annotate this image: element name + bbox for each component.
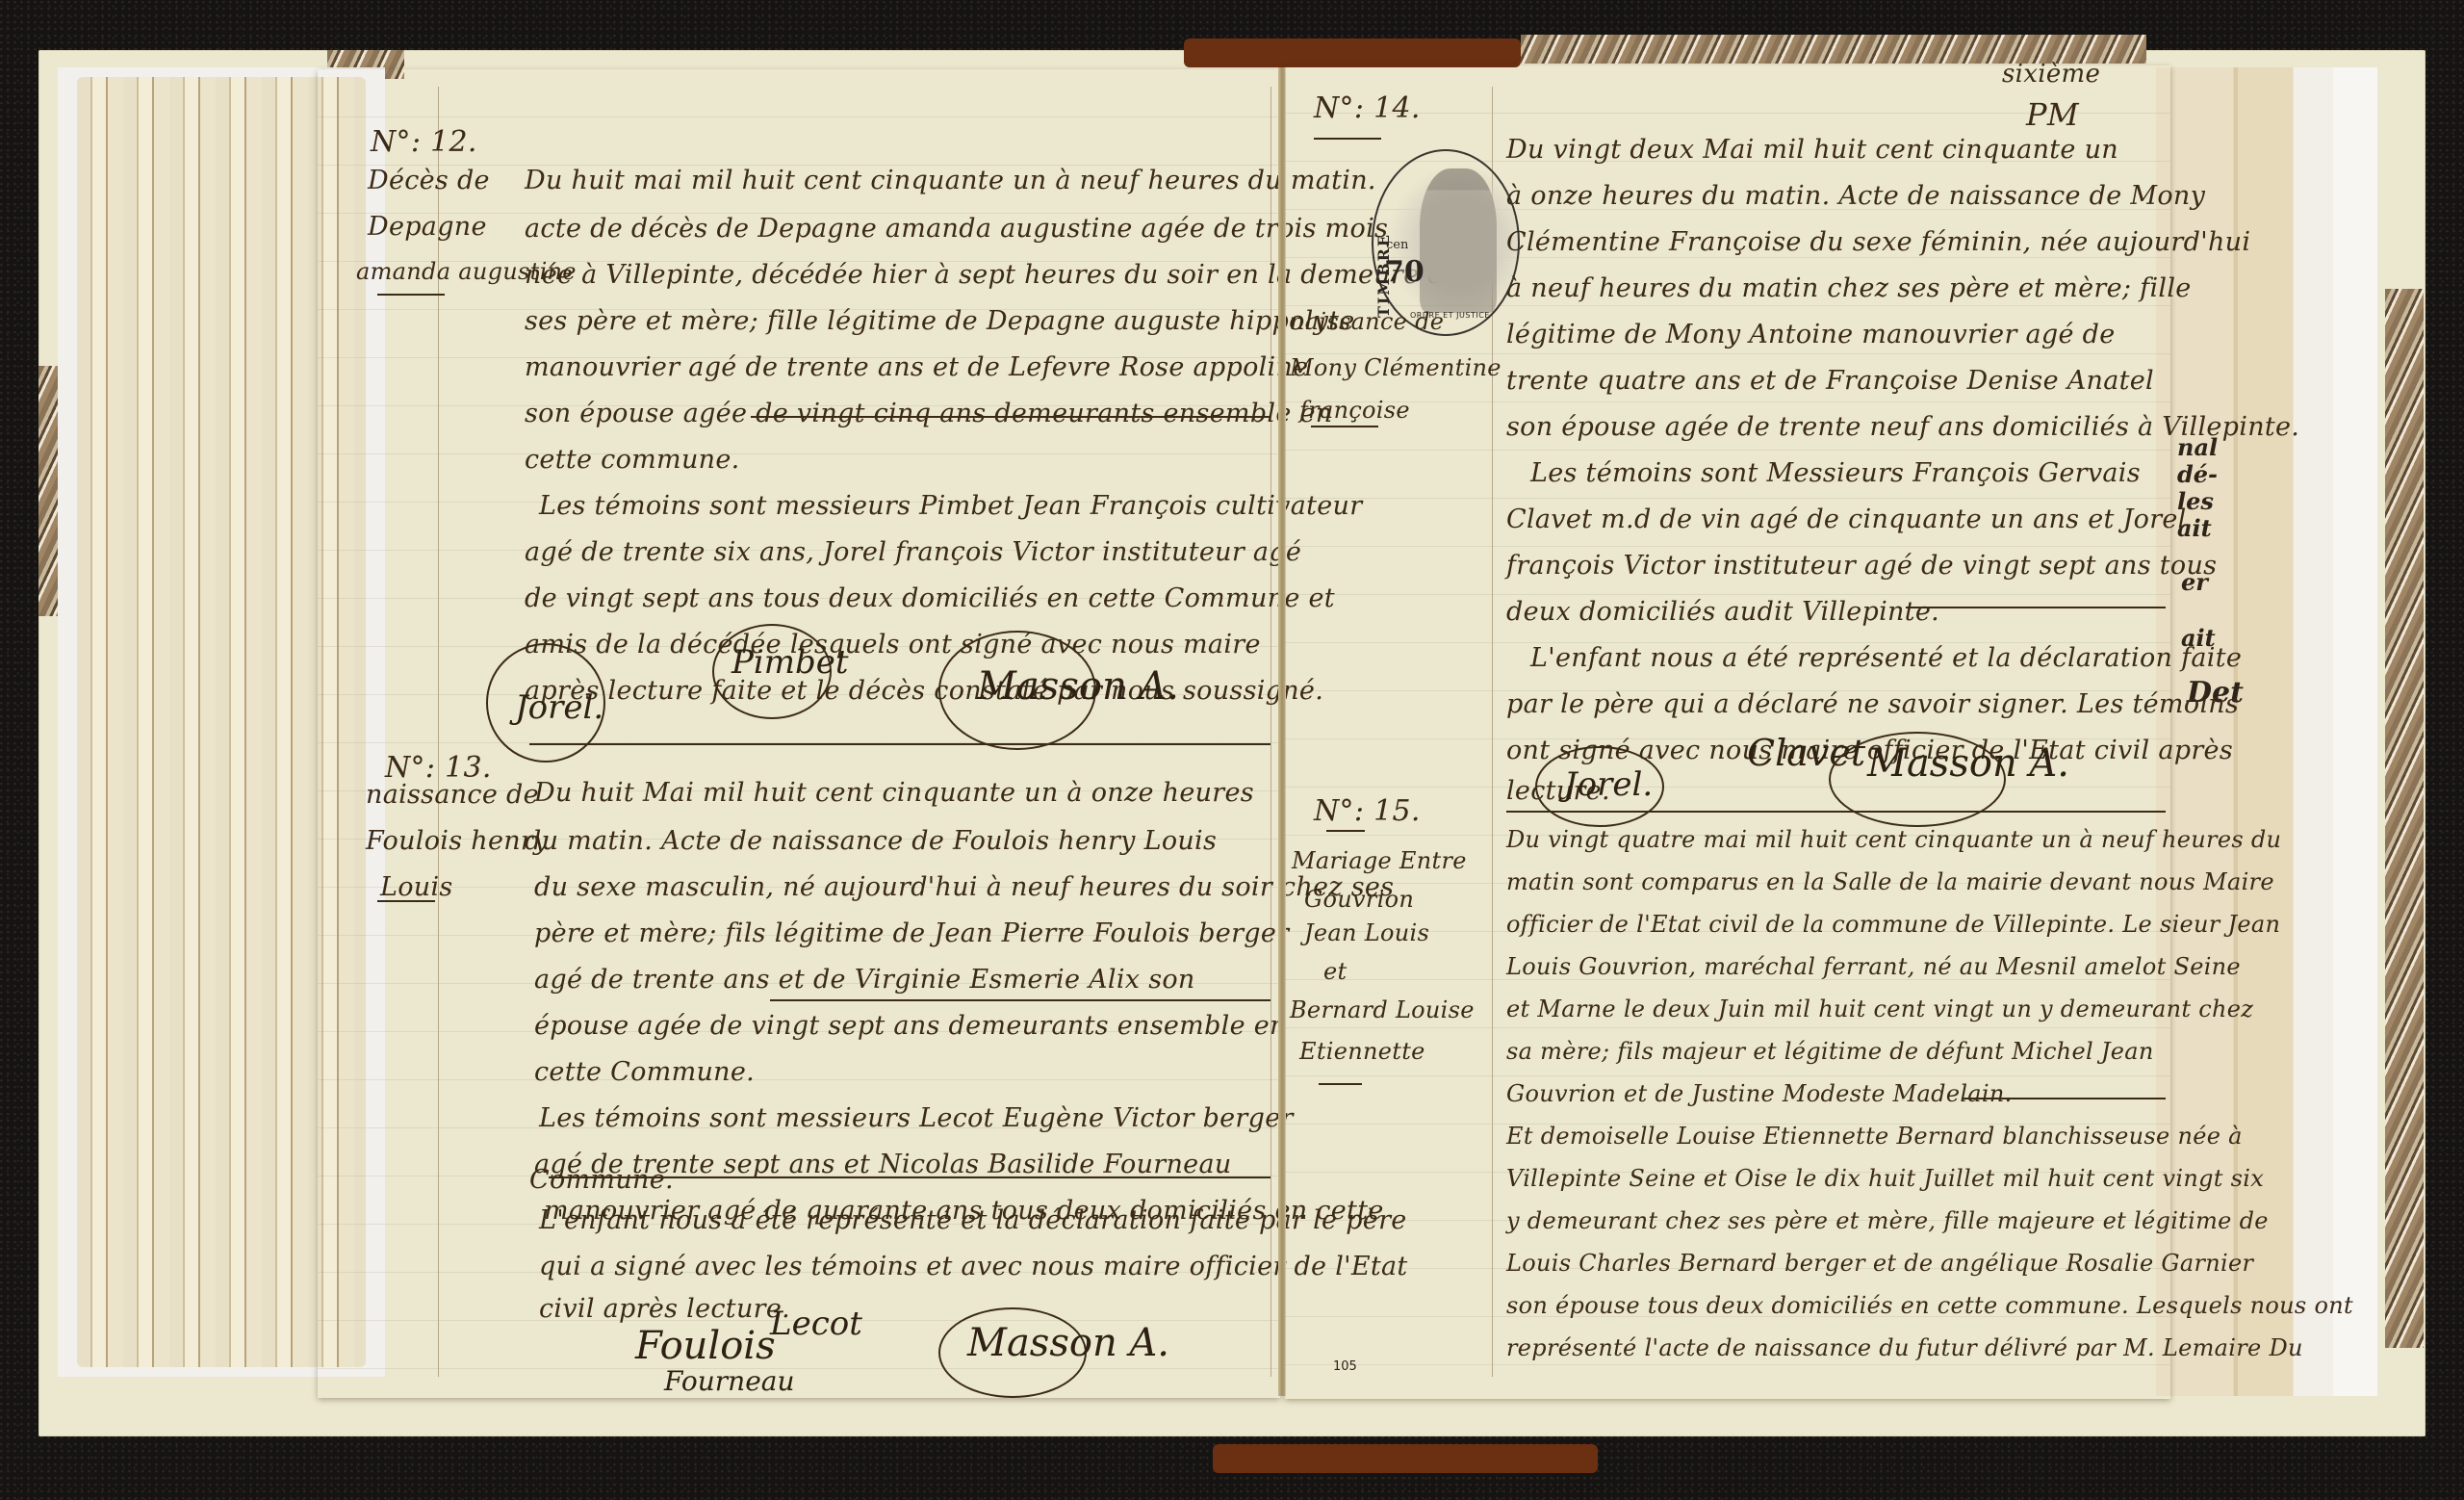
entry-line: Du vingt quatre mai mil huit cent cinqua… bbox=[1506, 826, 2281, 853]
entry-line: trente quatre ans et de Françoise Denise… bbox=[1506, 366, 2154, 396]
margin-note: Bernard Louise bbox=[1290, 996, 1475, 1023]
page-stack-right bbox=[2156, 67, 2377, 1396]
stamp-value: 70 bbox=[1384, 255, 1424, 289]
witness-line: deux domiciliés audit Villepinte. bbox=[1506, 597, 1939, 627]
margin-note: Foulois henry bbox=[366, 826, 549, 856]
entry-line: et Marne le deux Juin mil huit cent ving… bbox=[1506, 996, 2253, 1022]
entry-line: son épouse agée de trente neuf ans domic… bbox=[1506, 412, 2299, 442]
witness-line: Clavet m.d de vin agé de cinquante un an… bbox=[1506, 504, 2187, 534]
entry-line: Louis Gouvrion, maréchal ferrant, né au … bbox=[1506, 953, 2241, 980]
entry-line: à onze heures du matin. Acte de naissanc… bbox=[1506, 181, 2205, 211]
entry-divider bbox=[770, 999, 1270, 1001]
entry-line: officier de l'Etat civil de la commune d… bbox=[1506, 911, 2280, 938]
closing-line: par le père qui a déclaré ne savoir sign… bbox=[1506, 689, 2239, 719]
witness-line: après lecture faite et le décès constaté… bbox=[525, 676, 1323, 706]
entry-number: N°: 15. bbox=[1314, 794, 1421, 828]
second-party-line: Villepinte Seine et Oise le dix huit Jui… bbox=[1506, 1165, 2264, 1192]
second-party-line: représenté l'acte de naissance du futur … bbox=[1506, 1334, 2303, 1361]
margin-divider bbox=[1326, 830, 1365, 832]
signature: Lecot bbox=[770, 1305, 862, 1343]
entry-line: sa mère; fils majeur et légitime de défu… bbox=[1506, 1038, 2154, 1065]
witness-line: Les témoins sont messieurs Lecot Eugène … bbox=[539, 1103, 1294, 1133]
margin-divider bbox=[1314, 138, 1381, 140]
margin-note: Mariage Entre bbox=[1292, 847, 1467, 874]
entry-line: légitime de Mony Antoine manouvrier agé … bbox=[1506, 320, 2116, 349]
witness-line: Les témoins sont messieurs Pimbet Jean F… bbox=[539, 491, 1362, 521]
entry-line: cette Commune. bbox=[534, 1057, 755, 1087]
entry-line: du matin. Acte de naissance de Foulois h… bbox=[525, 826, 1217, 856]
closing-line: civil après lecture. bbox=[539, 1294, 790, 1324]
entry-line: Du huit mai mil huit cent cinquante un à… bbox=[525, 166, 1376, 195]
folio-initials: PM bbox=[2026, 96, 2079, 133]
entry-line: épouse agée de vingt sept ans demeurants… bbox=[534, 1011, 1287, 1041]
signature: Jorel. bbox=[515, 688, 603, 727]
signature: Masson A. bbox=[977, 664, 1179, 709]
entry-line: ses père et mère; fille légitime de Depa… bbox=[525, 306, 1355, 336]
second-party-line: son épouse tous deux domiciliés en cette… bbox=[1506, 1292, 2353, 1319]
book-spine-bottom bbox=[1213, 1444, 1598, 1473]
margin-note: et bbox=[1323, 958, 1347, 985]
page-number: 105 bbox=[1333, 1359, 1357, 1374]
signature: Pimbet bbox=[731, 643, 849, 682]
entry-divider bbox=[1963, 1098, 2166, 1099]
signature: Masson A. bbox=[1867, 741, 2069, 786]
margin-note: naissance de bbox=[1290, 308, 1444, 335]
entry-line: du sexe masculin, né aujourd'hui à neuf … bbox=[534, 872, 1394, 902]
entry-line: son épouse agée de vingt cinq ans demeur… bbox=[525, 399, 1332, 428]
margin-note: françoise bbox=[1299, 397, 1410, 424]
marbled-corner-right bbox=[2385, 289, 2424, 1348]
entry-divider bbox=[529, 743, 1270, 745]
margin-divider bbox=[377, 294, 445, 296]
folio-label: sixième bbox=[2002, 60, 2100, 89]
entry-line: Du vingt deux Mai mil huit cent cinquant… bbox=[1506, 135, 2118, 165]
entry-divider bbox=[1906, 607, 2166, 608]
margin-note: Gouvrion bbox=[1304, 886, 1414, 913]
entry-number: N°: 14. bbox=[1314, 91, 1421, 125]
entry-line: acte de décès de Depagne amanda augustin… bbox=[525, 214, 1388, 244]
entry-line: père et mère; fils légitime de Jean Pier… bbox=[534, 918, 1289, 948]
second-party-line: Louis Charles Bernard berger et de angél… bbox=[1506, 1250, 2253, 1277]
margin-note: Depagne bbox=[368, 212, 487, 242]
margin-divider bbox=[1311, 426, 1378, 427]
entry-divider bbox=[1506, 811, 2166, 813]
margin-note: Décès de bbox=[368, 166, 490, 195]
margin-note: naissance de bbox=[366, 780, 539, 810]
second-party-line: Et demoiselle Louise Etiennette Bernard … bbox=[1506, 1123, 2243, 1150]
margin-divider bbox=[377, 900, 435, 902]
entry-divider bbox=[751, 416, 1270, 418]
second-party-line: y demeurant chez ses père et mère, fille… bbox=[1506, 1207, 2269, 1234]
entry-line: matin sont comparus en la Salle de la ma… bbox=[1506, 868, 2274, 895]
entry-divider bbox=[549, 1177, 1270, 1178]
margin-note: Etiennette bbox=[1299, 1038, 1425, 1065]
closing-line: L'enfant nous a été représenté et la déc… bbox=[1530, 643, 2242, 673]
closing-line: L'enfant nous a été représenté et la déc… bbox=[539, 1205, 1407, 1235]
entry-line: à neuf heures du matin chez ses père et … bbox=[1506, 273, 2192, 303]
margin-note: Mony Clémentine bbox=[1290, 354, 1501, 381]
edge-text-fragment: dé- bbox=[2177, 460, 2218, 488]
entry-line: manouvrier agé de trente ans et de Lefev… bbox=[525, 352, 1308, 382]
entry-number: N°: 12. bbox=[371, 125, 477, 159]
signature: Foulois bbox=[635, 1324, 776, 1368]
entry-line: Clémentine Françoise du sexe féminin, né… bbox=[1506, 227, 2250, 257]
stamp-unit: cen bbox=[1386, 238, 1408, 252]
margin-note: Jean Louis bbox=[1304, 919, 1429, 946]
witness-line: Les témoins sont Messieurs François Gerv… bbox=[1530, 458, 2141, 488]
entry-line: Du huit Mai mil huit cent cinquante un à… bbox=[534, 778, 1254, 808]
witness-line: de vingt sept ans tous deux domiciliés e… bbox=[525, 583, 1335, 613]
justice-figure-icon bbox=[1420, 168, 1497, 313]
witness-line: françois Victor instituteur agé de vingt… bbox=[1506, 551, 2217, 581]
margin-note: Louis bbox=[380, 872, 453, 902]
book-spine-top bbox=[1184, 39, 1521, 67]
entry-line: cette commune. bbox=[525, 445, 739, 475]
signature: Fourneau bbox=[664, 1365, 795, 1397]
signature: Masson A. bbox=[967, 1321, 1169, 1365]
entry-line: agé de trente ans et de Virginie Esmerie… bbox=[534, 965, 1195, 995]
witness-line: agé de trente six ans, Jorel françois Vi… bbox=[525, 537, 1301, 567]
entry-line: Gouvrion et de Justine Modeste Madelain. bbox=[1506, 1080, 2013, 1107]
witness-line: Commune. bbox=[529, 1165, 674, 1195]
margin-divider bbox=[1319, 1083, 1362, 1085]
witness-line: amis de la décédée lesquels ont signé av… bbox=[525, 630, 1261, 659]
signature: Jorel. bbox=[1564, 765, 1653, 804]
